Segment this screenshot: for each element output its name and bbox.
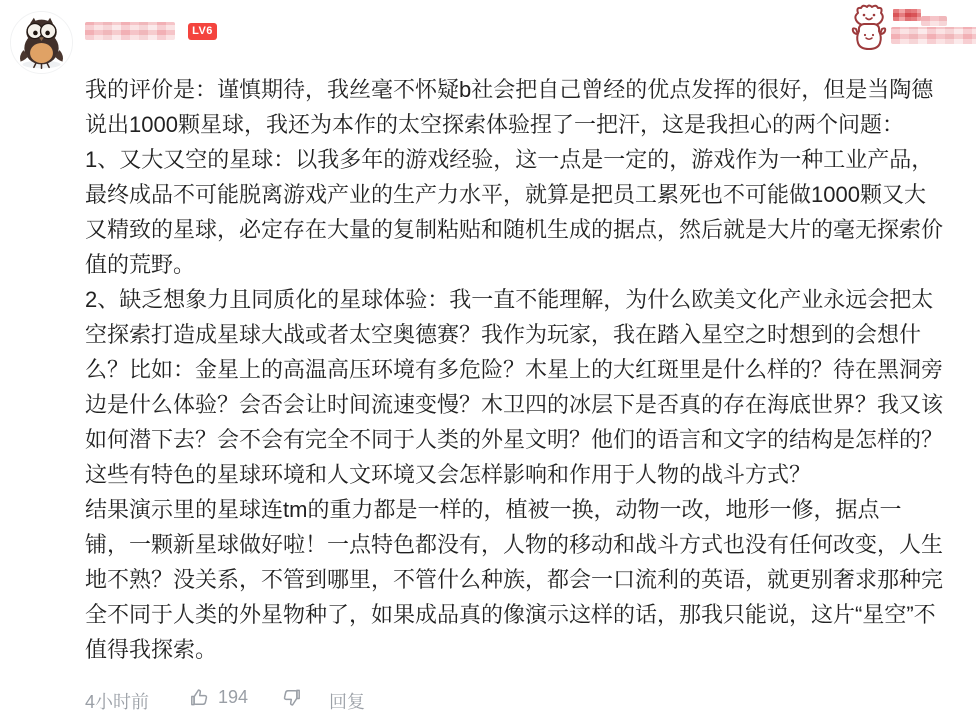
like-count: 194 bbox=[218, 687, 248, 708]
avatar[interactable] bbox=[10, 11, 73, 74]
comment-text-line: 这些有特色的星球环境和人文环境又会怎样影响和作用于人物的战斗方式？ bbox=[85, 457, 973, 492]
comment-text-line: 如何潜下去？会不会有完全不同于人类的外星文明？他们的语言和文字的结构是怎样的？ bbox=[85, 422, 973, 457]
watermark-text-redacted bbox=[891, 27, 976, 44]
owl-avatar-icon bbox=[11, 12, 72, 73]
comment-text: 我的评价是：谨慎期待，我丝毫不怀疑b社会把自己曾经的优点发挥的很好，但是当陶德 … bbox=[85, 72, 973, 667]
comment-text-line: 全不同于人类的外星物种了，如果成品真的像演示这样的话，那我只能说，这片“星空”不 bbox=[85, 597, 973, 632]
comment-card: LV6 我的评价是：谨慎期待，我丝毫不怀疑b社会把自己曾经的优点发挥的很好，但是… bbox=[0, 0, 976, 722]
comment-text-line: 值的荒野。 bbox=[85, 247, 973, 282]
dislike-button[interactable] bbox=[281, 687, 302, 713]
thumbs-down-icon bbox=[281, 687, 302, 708]
comment-text-line: 铺，一颗新星球做好啦！一点特色都没有，人物的移动和战斗方式也没有任何改变，人生 bbox=[85, 527, 973, 562]
comment-text-line: 说出1000颗星球，我还为本作的太空探索体验捏了一把汗，这是我担心的两个问题： bbox=[85, 107, 973, 142]
watermark-text-redacted bbox=[893, 9, 921, 21]
user-level-badge: LV6 bbox=[188, 23, 217, 40]
username-redacted[interactable] bbox=[85, 22, 175, 40]
thumbs-up-icon bbox=[189, 687, 210, 708]
comment-text-line: 1、又大又空的星球：以我多年的游戏经验，这一点是一定的，游戏作为一种工业产品， bbox=[85, 142, 973, 177]
comment-text-line: 地不熟？没关系，不管到哪里，不管什么种族，都会一口流利的英语，就更别奢求那种完 bbox=[85, 562, 973, 597]
watermark-text-redacted bbox=[921, 16, 947, 26]
comment-text-line: 结果演示里的星球连tm的重力都是一样的，植被一换，动物一改，地形一修，据点一 bbox=[85, 492, 973, 527]
watermark-mascot-icon bbox=[844, 3, 894, 53]
comment-text-line: 值得我探索。 bbox=[85, 632, 973, 667]
comment-text-line: 最终成品不可能脱离游戏产业的生产力水平，就算是把员工累死也不可能做1000颗又大 bbox=[85, 177, 973, 212]
like-button[interactable]: 194 bbox=[189, 687, 253, 708]
comment-text-line: 2、缺乏想象力且同质化的星球体验：我一直不能理解，为什么欧美文化产业永远会把太 bbox=[85, 282, 973, 317]
comment-text-line: 么？比如：金星上的高温高压环境有多危险？木星上的大红斑里是什么样的？待在黑洞旁 bbox=[85, 352, 973, 387]
comment-text-line: 又精致的星球，必定存在大量的复制粘贴和随机生成的据点，然后就是大片的毫无探索价 bbox=[85, 212, 973, 247]
comment-text-line: 空探索打造成星球大战或者太空奥德赛？我作为玩家，我在踏入星空之时想到的会想什 bbox=[85, 317, 973, 352]
comment-footer: 4小时前 194 回复 bbox=[0, 686, 976, 712]
reply-button[interactable]: 回复 bbox=[329, 688, 365, 714]
comment-text-line: 边是什么体验？会否会让时间流速变慢？木卫四的冰层下是否真的存在海底世界？我又该 bbox=[85, 387, 973, 422]
timestamp: 4小时前 bbox=[85, 688, 149, 714]
comment-text-line: 我的评价是：谨慎期待，我丝毫不怀疑b社会把自己曾经的优点发挥的很好，但是当陶德 bbox=[85, 72, 973, 107]
